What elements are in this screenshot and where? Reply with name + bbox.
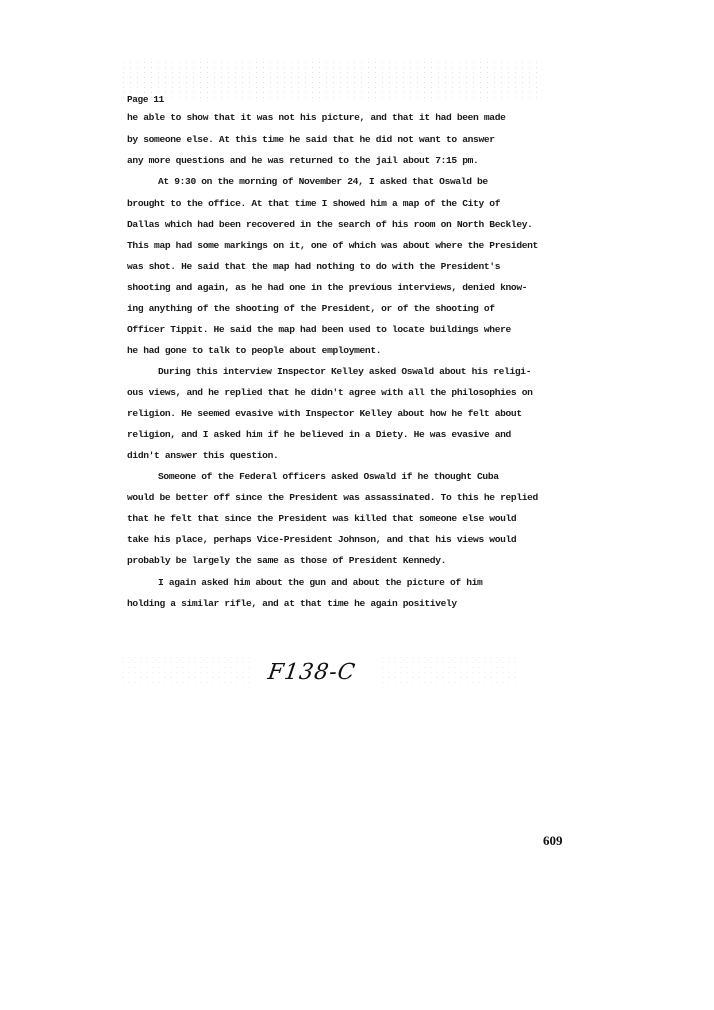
text-line: by someone else. At this time he said th… bbox=[127, 134, 495, 146]
text-line: religion. He seemed evasive with Inspect… bbox=[127, 408, 522, 420]
text-line: probably be largely the same as those of… bbox=[127, 555, 446, 567]
text-line: ing anything of the shooting of the Pres… bbox=[127, 303, 495, 315]
paragraph-start: At 9:30 on the morning of November 24, I… bbox=[158, 176, 488, 188]
text-line: This map had some markings on it, one of… bbox=[127, 240, 538, 252]
text-line: any more questions and he was returned t… bbox=[127, 155, 478, 167]
text-line: he able to show that it was not his pict… bbox=[127, 112, 506, 124]
text-line: religion, and I asked him if he believed… bbox=[127, 429, 511, 441]
paragraph-start: I again asked him about the gun and abou… bbox=[158, 577, 482, 589]
text-line: brought to the office. At that time I sh… bbox=[127, 198, 500, 210]
text-line: shooting and again, as he had one in the… bbox=[127, 282, 527, 294]
text-line: Officer Tippit. He said the map had been… bbox=[127, 324, 511, 336]
text-line: was shot. He said that the map had nothi… bbox=[127, 261, 500, 273]
document-page: Page 11 he able to show that it was not … bbox=[0, 0, 714, 1010]
page-number: 609 bbox=[543, 833, 563, 849]
page-header: Page 11 bbox=[127, 94, 164, 106]
paragraph-start: During this interview Inspector Kelley a… bbox=[158, 366, 531, 378]
paragraph-start: Someone of the Federal officers asked Os… bbox=[158, 471, 499, 483]
scan-noise bbox=[380, 655, 520, 685]
text-line: holding a similar rifle, and at that tim… bbox=[127, 598, 457, 610]
text-line: would be better off since the President … bbox=[127, 492, 538, 504]
text-line: didn't answer this question. bbox=[127, 450, 278, 462]
text-line: he had gone to talk to people about empl… bbox=[127, 345, 381, 357]
handwritten-exhibit-mark: F138-C bbox=[266, 660, 357, 685]
text-line: that he felt that since the President wa… bbox=[127, 513, 516, 525]
scan-noise bbox=[120, 60, 540, 100]
text-line: ous views, and he replied that he didn't… bbox=[127, 387, 533, 399]
text-line: Dallas which had been recovered in the s… bbox=[127, 219, 533, 231]
scan-noise bbox=[120, 655, 250, 685]
text-line: take his place, perhaps Vice-President J… bbox=[127, 534, 516, 546]
